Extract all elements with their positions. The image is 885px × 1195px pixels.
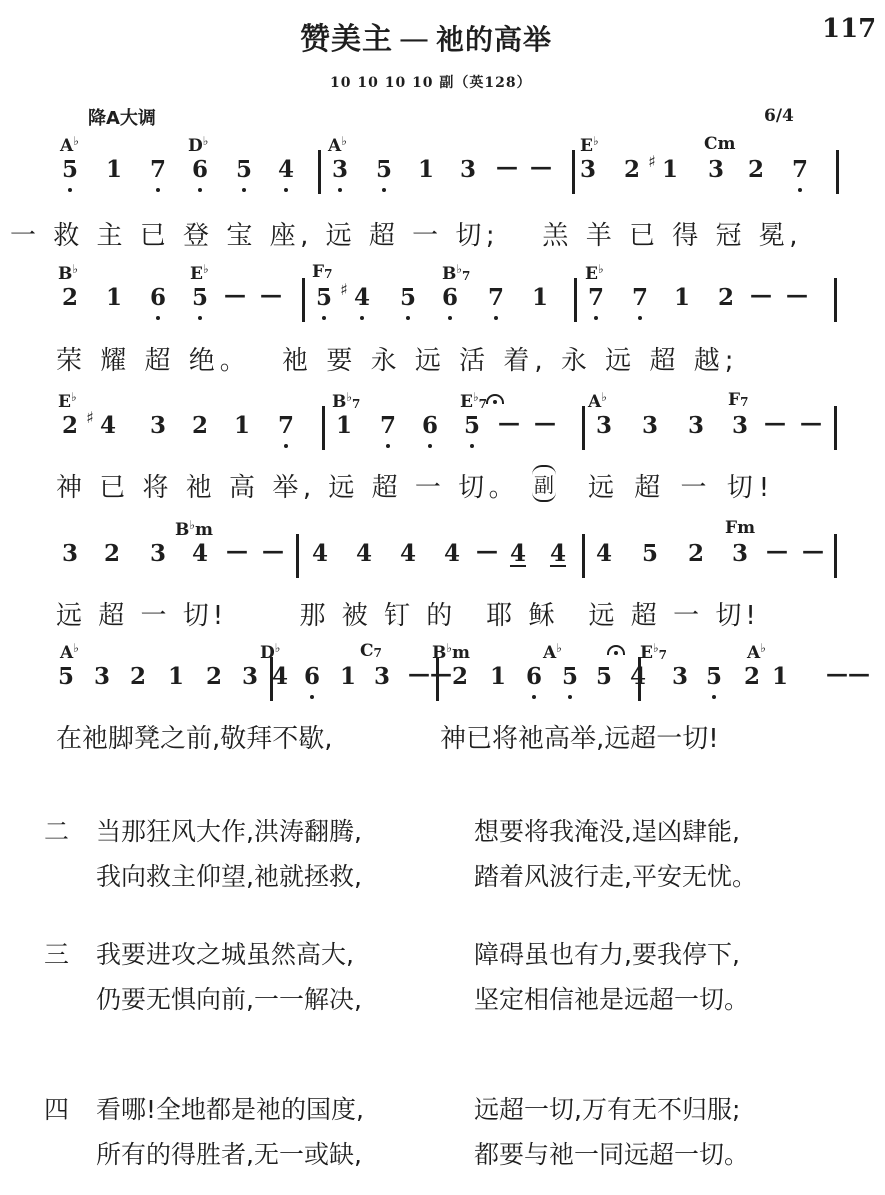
chord-root: A [747,643,760,663]
note: 5 [314,284,334,311]
hold-dash: — [262,538,284,564]
chord-extension: m [195,520,213,540]
chord-extension: m [452,643,470,663]
note: 1 [770,663,790,690]
chord-root: F [728,390,740,410]
note: 6 [524,663,544,690]
note: 3 [578,156,598,183]
verse-line: 看哪!全地都是祂的国度, [96,1090,364,1126]
note: 5 [560,663,580,690]
note: 7 [630,284,650,311]
note: 2 [450,663,470,690]
chord-root: Cm [704,134,736,154]
chord-root: B [432,643,446,663]
hold-dash: — [534,410,556,436]
chord-root: B [58,264,72,284]
chord-symbol: A♭ [543,641,562,663]
verse-line: 所有的得胜者,无一或缺, [96,1135,362,1171]
lyric-line: 一 救 主 已 登 宝 座, 远 超 一 切; 羔 羊 已 得 冠 冕, [10,215,802,252]
chord-extension: 7 [324,267,332,281]
chord-symbol: A♭ [60,134,79,156]
hold-dash: — [476,538,498,564]
hold-dash: — [224,282,246,308]
barline [834,406,837,450]
note: 7 [378,412,398,439]
flat-icon: ♭ [598,262,604,276]
note: 1 [104,156,124,183]
note: 3 [686,412,706,439]
barline [302,278,305,322]
note: 7 [586,284,606,311]
verse-line: 当那狂风大作,洪涛翻腾, [96,812,362,848]
chord-root: D [188,136,203,156]
hold-dash: — [260,282,282,308]
verse-line: 仍要无惧向前,一一解决, [96,980,362,1016]
barline [582,534,585,578]
chord-symbol: A♭ [588,390,607,412]
note: 4 [270,663,290,690]
chord-symbol: E♭ [58,390,77,412]
flat-icon: ♭ [275,641,281,655]
verse-line: 障碍虽也有力,要我停下, [474,935,740,971]
note: 5 [462,412,482,439]
barline [834,278,837,322]
chord-symbol: E♭ [190,262,209,284]
flat-icon: ♭ [73,134,79,148]
note: 2 [746,156,766,183]
chord-root: E [640,643,653,663]
note: 5 [374,156,394,183]
note: 3 [60,540,80,567]
verse-line: 踏着风波行走,平安无忧。 [474,857,757,893]
time-signature: 6/4 [764,106,794,126]
hold-dash: — [750,282,772,308]
note: 6 [190,156,210,183]
lyric-line: 荣 耀 超 绝。 祂 要 永 远 活 着, 永 远 超 越; [56,340,738,377]
verse-line: 都要与祂一同远超一切。 [474,1135,749,1171]
note: 1 [530,284,550,311]
lyric-line: 远 超 一 切! [588,467,775,504]
chord-root: E [58,392,71,412]
note: 6 [302,663,322,690]
chord-extension: 7 [659,648,667,662]
verse-line: 我向救主仰望,祂就拯救, [96,857,362,893]
note: 7 [148,156,168,183]
note: 4 [442,540,462,567]
chord-root: E [585,264,598,284]
lyric-line: 远 超 一 切! 那 被 钉 的 耶 稣 远 超 一 切! [56,595,760,632]
chord-root: F [312,262,324,282]
note: 3 [670,663,690,690]
hold-dash: — [802,538,824,564]
chord-extension: 7 [352,397,360,411]
hold-dash: — [496,154,518,180]
flat-icon: ♭ [556,641,562,655]
barline [572,150,575,194]
note: 4 [354,540,374,567]
note: 3 [706,156,726,183]
note: 5 [60,156,80,183]
verse-line: 想要将我淹没,逞凶肆能, [474,812,740,848]
note: 1 [660,156,680,183]
note: 7 [486,284,506,311]
barline [836,150,839,194]
title-sub: 祂的高举 [436,23,552,56]
refrain-marker: 副 [532,465,556,502]
hold-dash: — [498,410,520,436]
note: 3 [330,156,350,183]
note: 1 [166,663,186,690]
hold-dash: — [226,538,248,564]
chord-symbol: Cm [704,134,736,154]
chord-extension: 7 [462,269,470,283]
note: 3 [594,412,614,439]
chord-root: A [60,136,73,156]
hold-dash: — [766,538,788,564]
meter-info: 10 10 10 10 副（英128） [330,72,532,92]
note: 7 [276,412,296,439]
sharp-icon: ♯ [86,408,94,427]
chord-root: E [460,392,473,412]
note: 4 [352,284,372,311]
chord-symbol: D♭ [188,134,208,156]
note: 1 [672,284,692,311]
note: 5 [640,540,660,567]
chord-symbol: E♭ [585,262,604,284]
hold-dash: —— [408,661,452,687]
flat-icon: ♭ [601,390,607,404]
verse-number: 四 [44,1090,69,1126]
chord-symbol: A♭ [747,641,766,663]
chord-root: E [190,264,203,284]
key-signature: 降A大调 [88,104,156,130]
note: 2 [622,156,642,183]
note: 2 [60,412,80,439]
note: 1 [416,156,436,183]
note: 1 [338,663,358,690]
note: 4 [398,540,418,567]
chord-root: A [328,136,341,156]
sharp-icon: ♯ [340,280,348,299]
note: 3 [92,663,112,690]
flat-icon: ♭ [203,262,209,276]
note: 4 [594,540,614,567]
note: 4 [508,540,528,567]
note: 2 [190,412,210,439]
note: 2 [716,284,736,311]
note: 4 [276,156,296,183]
flat-icon: ♭ [760,641,766,655]
fermata-icon [486,394,504,404]
barline [296,534,299,578]
flat-icon: ♭ [73,641,79,655]
hold-dash: — [786,282,808,308]
hymn-title: 赞美主—祂的高举 [300,14,552,58]
flat-icon: ♭ [203,134,209,148]
note: 3 [640,412,660,439]
note: 7 [790,156,810,183]
note: 3 [730,412,750,439]
barline [638,657,641,701]
note: 5 [594,663,614,690]
note: 5 [234,156,254,183]
chord-symbol: A♭ [328,134,347,156]
note: 2 [102,540,122,567]
note: 2 [60,284,80,311]
note: 4 [310,540,330,567]
note: 2 [742,663,762,690]
hold-dash: — [800,410,822,436]
note: 3 [730,540,750,567]
sharp-icon: ♯ [648,152,656,171]
hold-dash: — [530,154,552,180]
note: 3 [148,540,168,567]
chord-root: B [442,264,456,284]
chord-root: A [60,643,73,663]
note: 4 [548,540,568,567]
chord-root: B [175,520,189,540]
lyric-line: 在祂脚凳之前,敬拜不歇, [56,718,333,755]
chord-extension: 7 [374,646,382,660]
note: 5 [704,663,724,690]
barline [322,406,325,450]
chord-symbol: F7 [728,390,748,410]
chord-symbol: B♭7 [332,390,360,412]
note: 1 [232,412,252,439]
note: 2 [686,540,706,567]
barline [436,657,439,701]
barline [834,534,837,578]
chord-extension: 7 [740,395,748,409]
verse-number: 三 [44,935,69,971]
verse-line: 远超一切,万有无不归服; [474,1090,740,1126]
chord-symbol: E♭7 [460,390,487,412]
title-main: 赞美主 [300,22,393,57]
chord-symbol: C7 [360,641,382,661]
hold-dash: — [764,410,786,436]
note: 5 [190,284,210,311]
note: 1 [104,284,124,311]
chord-symbol: B♭7 [442,262,470,284]
note: 4 [98,412,118,439]
note: 1 [334,412,354,439]
note: 3 [372,663,392,690]
chord-root: Fm [725,518,755,538]
note: 3 [240,663,260,690]
verse-number: 二 [44,812,69,848]
barline [574,278,577,322]
hold-dash: —— [826,661,870,687]
flat-icon: ♭ [71,390,77,404]
chord-root: A [588,392,601,412]
chord-symbol: B♭ [58,262,78,284]
chord-symbol: E♭7 [640,641,667,663]
note: 4 [190,540,210,567]
note: 5 [398,284,418,311]
chord-symbol: F7 [312,262,332,282]
note: 6 [148,284,168,311]
note: 5 [56,663,76,690]
chord-root: E [580,136,593,156]
note: 2 [204,663,224,690]
barline [318,150,321,194]
note: 6 [440,284,460,311]
chord-root: A [543,643,556,663]
verse-line: 坚定相信祂是远超一切。 [474,980,749,1016]
note: 2 [128,663,148,690]
chord-root: B [332,392,346,412]
note: 3 [148,412,168,439]
lyric-line: 神已将祂高举,远超一切! [440,718,719,755]
chord-symbol: E♭ [580,134,599,156]
chord-symbol: B♭m [175,518,213,540]
page-number: 117 [822,14,876,44]
lyric-line: 神 已 将 祂 高 举, 远 超 一 切。 [56,467,519,504]
flat-icon: ♭ [341,134,347,148]
flat-icon: ♭ [593,134,599,148]
verse-line: 我要进攻之城虽然高大, [96,935,354,971]
chord-symbol: Fm [725,518,755,538]
note: 3 [458,156,478,183]
note: 1 [488,663,508,690]
fermata-icon [607,645,625,655]
flat-icon: ♭ [72,262,78,276]
title-dash: — [399,22,430,57]
chord-symbol: A♭ [60,641,79,663]
barline [582,406,585,450]
chord-root: C [360,641,374,661]
note: 6 [420,412,440,439]
